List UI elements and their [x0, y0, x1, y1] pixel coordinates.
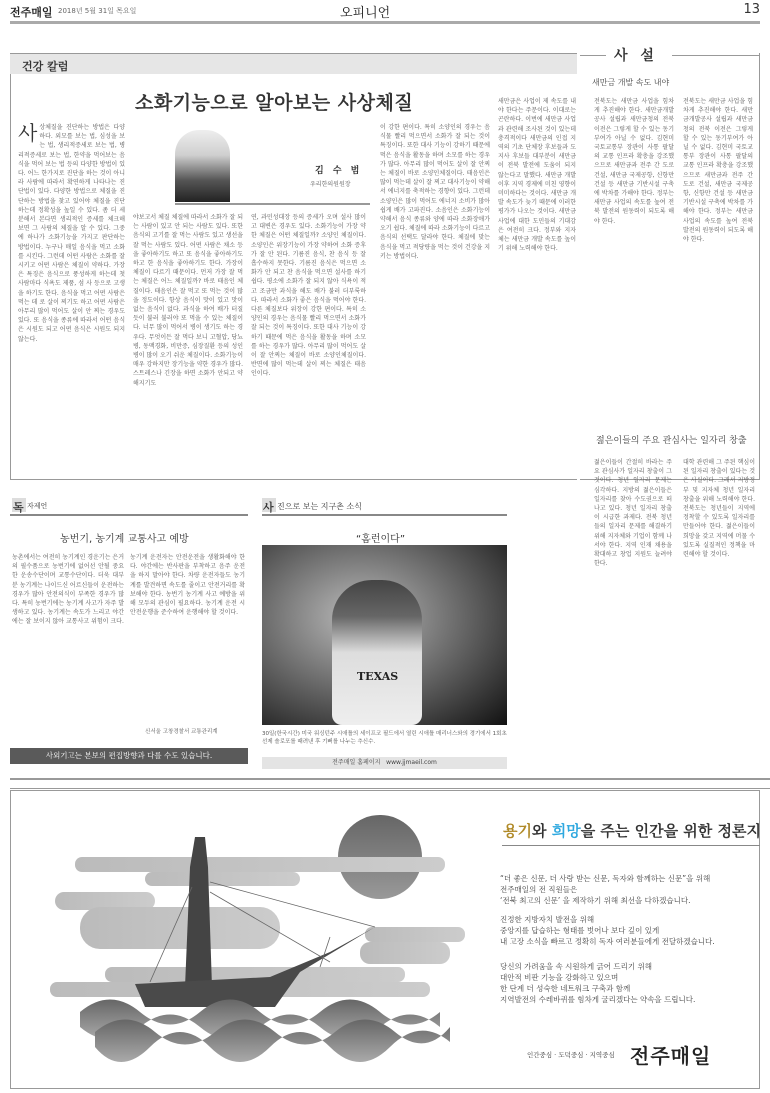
- health-column-body-2: 야보고서 체질 체질에 따라서 소화가 잘 되는 사람이 있고 안 되는 사람도…: [133, 213, 243, 473]
- photo-label-cap: 사: [263, 499, 274, 515]
- editorial-1-body-2: 전북도는 새만금 사업을 힘차게 추진해야 한다. 새만금개발공사 설립과 새만…: [594, 97, 674, 422]
- ad-slogan: 인간중심 · 도덕중심 · 지역중심: [527, 1050, 615, 1059]
- editorial-1-body-1: 새만금은 사업이 제 속도를 내야 한다는 주문이다. 이대로는 곤란하다. 이…: [498, 97, 576, 422]
- masthead-rule: [10, 21, 760, 24]
- author-role: 우리한의원원장: [310, 179, 351, 188]
- health-column-body-1: 사 상체질을 진단하는 방법은 다양하다. 외모를 보는 법, 심성을 보는 법…: [18, 123, 125, 473]
- editorial-1-body-3: 전북도는 새만금 사업을 힘차게 추진해야 한다. 새만금개발공사 설립과 새만…: [683, 97, 753, 422]
- health-column-header-bar: [10, 54, 577, 74]
- health-column-body-4: 이 강한 편이다. 특히 소양인의 경우는 음식물 빨리 먹으면서 소화가 잘 …: [380, 123, 490, 473]
- health-column-label: 건강 칼럼: [22, 58, 68, 74]
- masthead: 전주매일 2018년 5월 31일 목요일 오피니언 13: [10, 0, 760, 20]
- author-photo: [175, 130, 230, 202]
- editorial-label: 사 설: [614, 45, 658, 65]
- player-figure: [332, 580, 422, 725]
- issue-date: 2018년 5월 31일 목요일: [58, 6, 136, 16]
- ad-headline-gold: 용기: [503, 822, 532, 840]
- reader-rule: [10, 514, 248, 516]
- ad-headline: 용기와 희망을 주는 인간을 위한 정론지: [503, 820, 761, 841]
- ad-headline-rule: [502, 845, 760, 846]
- opinion-disclaimer: 사외기고는 본보의 편집방향과 다를 수도 있습니다.: [10, 748, 248, 764]
- section-title: 오피니언: [340, 2, 390, 21]
- editorial-2-body-2: 대학 관련해 그 주된 핵심이 된 일자리 창출이 있다는 것은 사실이다. 그…: [683, 458, 755, 738]
- photo-label-rest: 진으로 보는 지구촌 소식: [277, 501, 362, 512]
- reader-label-rest: 자제언: [27, 501, 47, 511]
- photo-rule: [262, 514, 507, 516]
- homepage-label: 전주매일 홈페이지: [332, 759, 380, 766]
- baseball-photo: TEXAS: [262, 545, 507, 725]
- editorial-rule-left: [580, 55, 606, 56]
- ad-paragraph-2: 진정한 지방자치 발전을 위해 중앙지를 답습하는 형태를 벗어나 보다 깊이 …: [500, 914, 715, 947]
- reader-body-1: 농촌에서는 여전히 농기계인 경운기는 은거의 필수품으로 농번기에 없어선 안…: [12, 553, 124, 723]
- homepage-url[interactable]: www.jjmaeil.com: [386, 759, 437, 766]
- reader-byline: 신서울 고창경찰서 교통관리계: [145, 727, 218, 735]
- ad-headline-blue: 희망: [552, 822, 581, 840]
- page-number: 13: [743, 2, 760, 17]
- section-divider-thin: [10, 788, 770, 789]
- reader-body-2: 농기계 운전자는 안전운전을 생활화해야 한다. 야간에는 반사판을 부착하고 …: [130, 553, 245, 703]
- ad-paragraph-3: 당신의 가려움을 속 시원하게 긁어 드리기 위해 대안적 비판 기능을 강화하…: [500, 961, 695, 1005]
- ad-paragraph-1: “더 좋은 신문, 더 사랑 받는 신문, 독자와 함께하는 신문”을 위해 전…: [500, 873, 710, 906]
- editorial-rule-right: [672, 55, 760, 56]
- photo-news-title: “홈런이다”: [356, 530, 405, 545]
- photo-caption: 30일(한국시간) 미국 워싱턴주 시애틀의 세이프코 필드에서 열린 시애틀 …: [262, 730, 507, 746]
- author-divider: [175, 203, 370, 205]
- jersey-text: TEXAS: [357, 670, 398, 683]
- ship-illustration: [30, 812, 470, 1072]
- section-divider: [10, 778, 770, 780]
- newspaper-logo: 전주매일: [10, 4, 53, 20]
- dropcap: 사: [18, 123, 37, 143]
- homepage-bar: 전주매일 홈페이지 www.jjmaeil.com: [262, 757, 507, 769]
- editorial-2-body-1: 젊은이들이 간절히 바라는 주요 관심사가 일자리 창출이 그 것이다. 청년 …: [594, 458, 672, 738]
- reader-label-cap: 독: [13, 499, 24, 515]
- health-column-body-3: 연, 과민성대장 등의 증세가 오며 설사 많이고 대변은 경우도 있다. 소화…: [251, 213, 366, 473]
- reader-column-title: 농번기, 농기계 교통사고 예방: [60, 530, 189, 545]
- editorial-headline-2: 젊은이들의 주요 관심사는 일자리 창출: [596, 433, 747, 446]
- editorial-headline-1: 새만금 개발 속도 내야: [592, 77, 669, 88]
- ad-logo: 전주매일: [630, 1040, 711, 1069]
- author-name: 김 수 범: [315, 163, 362, 176]
- health-column-title: 소화기능으로 알아보는 사상체질: [135, 88, 413, 115]
